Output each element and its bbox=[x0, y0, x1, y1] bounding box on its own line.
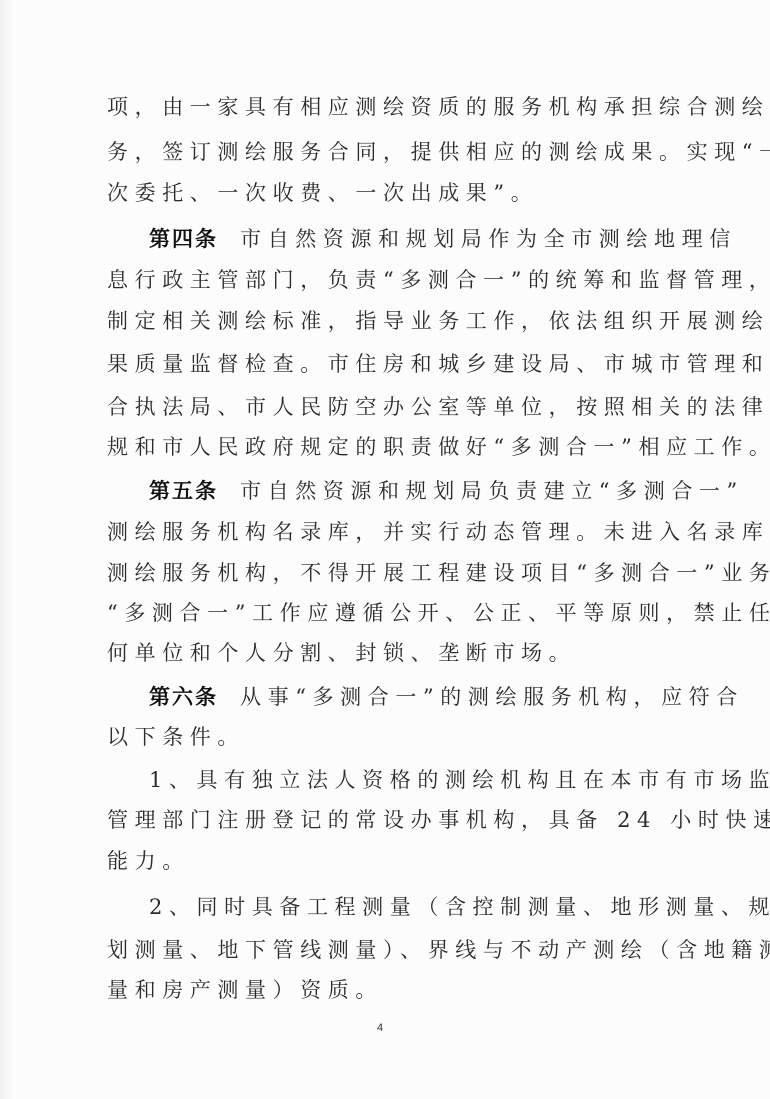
text-line: 合执法局、市人民防空办公室等单位，按照相关的法律法 bbox=[107, 392, 770, 422]
text-line: 市自然资源和规划局负责建立“多测合一” bbox=[240, 479, 744, 503]
text-line: 果质量监督检查。市住房和城乡建设局、市城市管理和综 bbox=[107, 349, 770, 379]
text-line: 以下条件。 bbox=[107, 722, 245, 752]
article-heading: 第六条 bbox=[149, 685, 218, 709]
article-5-first-line: 第五条市自然资源和规划局负责建立“多测合一” bbox=[149, 476, 744, 506]
text-line: 测绘服务机构名录库，并实行动态管理。未进入名录库的 bbox=[107, 517, 770, 547]
text-line: 管理部门注册登记的常设办事机构，具备 24 小时快速反应 bbox=[107, 805, 770, 835]
text-line: 项，由一家具有相应测绘资质的服务机构承担综合测绘服 bbox=[107, 92, 770, 122]
text-line: 务，签订测绘服务合同，提供相应的测绘成果。实现“一 bbox=[107, 137, 770, 167]
article-4-first-line: 第四条市自然资源和规划局作为全市测绘地理信 bbox=[149, 224, 737, 254]
text-line: 测绘服务机构，不得开展工程建设项目“多测合一”业务。 bbox=[107, 558, 770, 588]
list-item-1: 1、具有独立法人资格的测绘机构且在本市有市场监督 bbox=[149, 765, 770, 795]
text-line: 何单位和个人分割、封锁、垄断市场。 bbox=[107, 638, 576, 668]
scan-edge-shadow bbox=[0, 0, 14, 1099]
list-item-2: 2、同时具备工程测量（含控制测量、地形测量、规 bbox=[149, 892, 770, 922]
text-line: 划测量、地下管线测量）、界线与不动产测绘（含地籍测 bbox=[107, 935, 770, 965]
text-line: 规和市人民政府规定的职责做好“多测合一”相应工作。 bbox=[107, 432, 770, 462]
text-line: 从事“多测合一”的测绘服务机构，应符合 bbox=[240, 685, 744, 709]
text-line: 量和房产测量）资质。 bbox=[107, 975, 383, 1005]
article-6-first-line: 第六条从事“多测合一”的测绘服务机构，应符合 bbox=[149, 682, 744, 712]
text-line: 息行政主管部门，负责“多测合一”的统筹和监督管理， bbox=[107, 265, 770, 295]
text-line: “多测合一”工作应遵循公开、公正、平等原则，禁止任 bbox=[107, 598, 770, 628]
article-heading: 第四条 bbox=[149, 227, 218, 251]
text-line: 能力。 bbox=[107, 846, 190, 876]
document-page: 项，由一家具有相应测绘资质的服务机构承担综合测绘服 务，签订测绘服务合同，提供相… bbox=[0, 0, 770, 1099]
text-line: 次委托、一次收费、一次出成果”。 bbox=[107, 178, 538, 208]
page-number: 4 bbox=[377, 1022, 383, 1034]
text-line: 市自然资源和规划局作为全市测绘地理信 bbox=[240, 227, 737, 251]
text-line: 制定相关测绘标准，指导业务工作，依法组织开展测绘成 bbox=[107, 306, 770, 336]
article-heading: 第五条 bbox=[149, 479, 218, 503]
